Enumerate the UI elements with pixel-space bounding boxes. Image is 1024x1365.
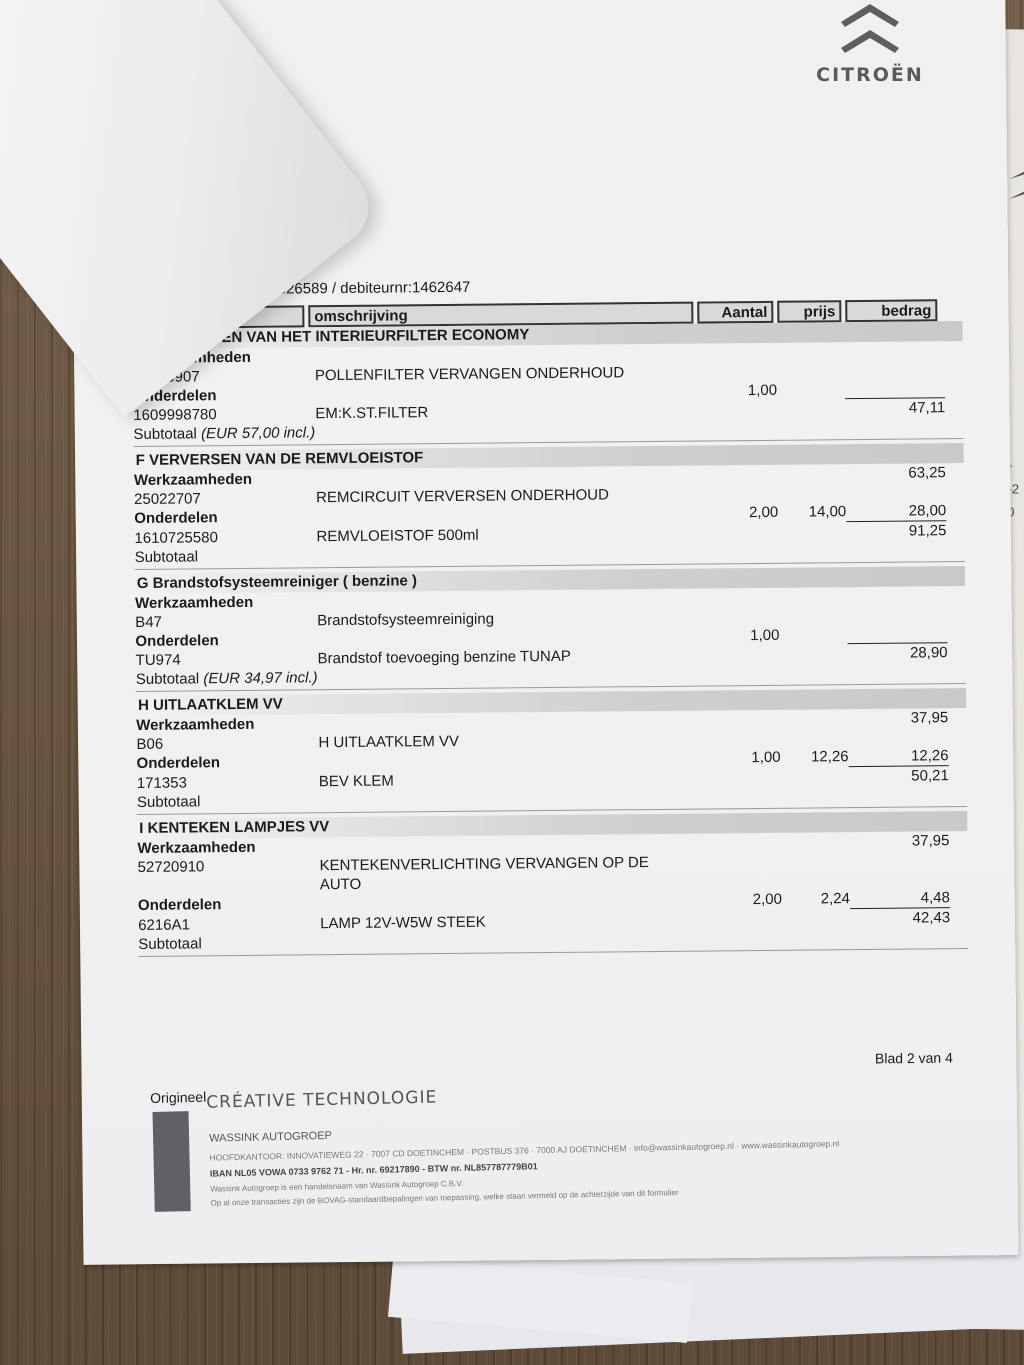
subtotal-label: Subtotaal [133, 425, 197, 443]
labor-amount: 37,95 [848, 708, 948, 728]
labor-code: 52720910 [138, 856, 320, 877]
part-amount: 12,26 [848, 746, 948, 767]
part-quantity: 1,00 [707, 626, 779, 646]
section-subtotal: 47,11 [845, 398, 945, 418]
part-code: TU974 [136, 649, 318, 670]
labor-label: Werkzaamheden [135, 592, 317, 613]
labor-label: Werkzaamheden [136, 714, 318, 735]
double-chevron-icon [835, 0, 905, 62]
subtotal-label: Subtotaal [136, 670, 200, 688]
subtotal-incl-vat: (EUR 34,97 incl.) [203, 669, 317, 687]
invoice-section: H UITLAATKLEM VV Werkzaamheden 37,95 B06… [136, 688, 967, 815]
labor-amount [847, 586, 947, 606]
part-quantity: 2,00 [710, 890, 782, 911]
subtotal-label: Subtotaal [138, 935, 202, 953]
labor-code: B06 [136, 733, 318, 754]
labor-amount: 63,25 [846, 463, 946, 483]
invoice-table: Werkplaatsfactuur: 28526589 / debiteurnr… [132, 274, 968, 961]
subtotal-label: Subtotaal [137, 793, 201, 811]
invoice-section: G Brandstofsysteemreiniger ( benzine ) W… [135, 566, 966, 692]
part-price: 14,00 [778, 502, 846, 523]
part-code: 6216A1 [138, 914, 320, 935]
subtotal-incl-vat: (EUR 57,00 incl.) [201, 424, 315, 442]
part-price: 12,26 [781, 747, 849, 768]
part-price: 2,24 [782, 889, 850, 910]
invoice-sections: E VERVANGEN VAN HET INTERIEURFILTER ECON… [132, 321, 968, 957]
parts-label: Onderdelen [134, 507, 316, 529]
part-code: 1609998780 [133, 404, 315, 425]
section-subtotal: 91,25 [846, 521, 946, 541]
column-header-amount: bedrag [845, 299, 937, 322]
parts-label: Onderdelen [137, 752, 319, 774]
part-amount [845, 379, 945, 399]
page-number: Blad 2 van 4 [875, 1050, 953, 1067]
labor-code: B47 [135, 611, 317, 632]
column-header-price: prijs [777, 300, 841, 323]
part-code: 1610725580 [134, 527, 316, 548]
footer-bar [152, 1111, 190, 1212]
part-code: 171353 [137, 772, 319, 793]
part-amount [847, 624, 947, 644]
part-amount: 4,48 [850, 888, 950, 909]
part-price [777, 380, 845, 400]
column-header-quantity: Aantal [697, 301, 773, 324]
invoice-section: E VERVANGEN VAN HET INTERIEURFILTER ECON… [132, 321, 963, 447]
labor-amount: 37,95 [849, 831, 949, 851]
citroen-logo: CITROËN [805, 0, 935, 95]
parts-label: Onderdelen [135, 630, 317, 651]
part-price [779, 625, 847, 645]
section-subtotal: 28,90 [848, 643, 948, 663]
invoice-section: I KENTEKEN LAMPJES VV Werkzaamheden 37,9… [137, 811, 968, 957]
part-quantity: 1,00 [709, 748, 781, 769]
subtotal-label: Subtotaal [135, 548, 199, 566]
labor-amount [845, 341, 945, 361]
labor-code: 25022707 [134, 488, 316, 509]
labor-label: Werkzaamheden [137, 837, 319, 858]
labor-label: Werkzaamheden [134, 469, 316, 490]
section-subtotal: 50,21 [849, 766, 949, 786]
part-quantity: 1,00 [705, 381, 777, 401]
part-quantity: 2,00 [706, 503, 778, 524]
part-amount: 28,00 [846, 501, 946, 522]
brand-name: CITROËN [805, 64, 935, 86]
parts-label: Onderdelen [138, 894, 320, 916]
invoice-section: F VERVERSEN VAN DE REMVLOEISTOF Werkzaam… [134, 443, 965, 570]
section-subtotal: 42,43 [850, 908, 950, 928]
